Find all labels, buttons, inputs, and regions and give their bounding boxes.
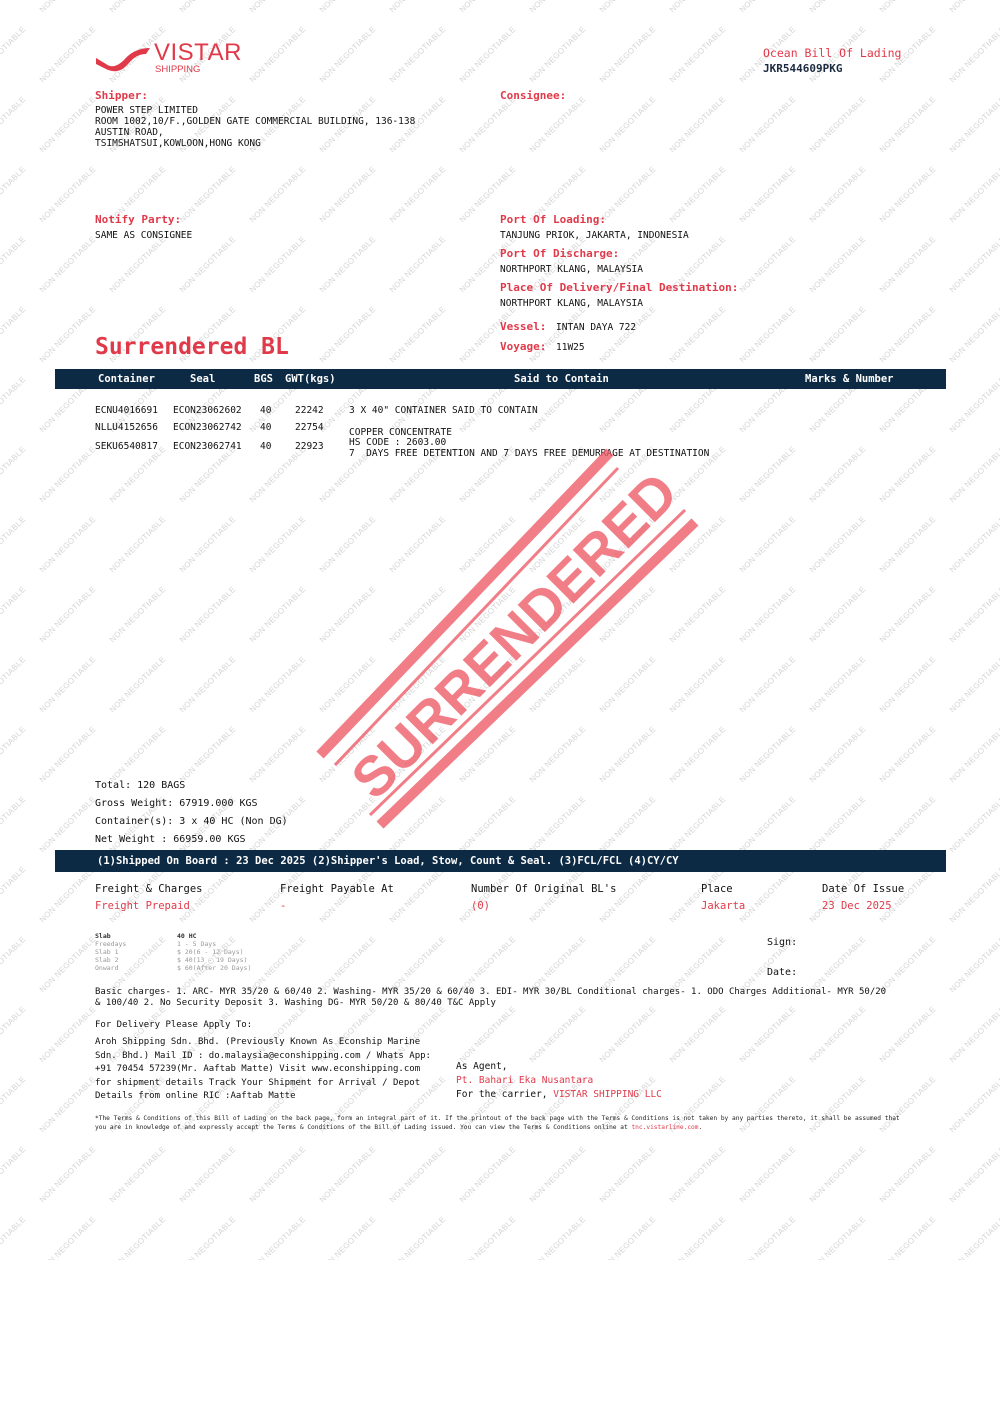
voyage-row: Voyage: 11W25 [500,335,585,354]
vessel-value: INTAN DAYA 722 [556,322,636,333]
terms-end: . [699,1124,703,1131]
description-line: HS CODE : 2603.00 [349,437,446,448]
vessel-row: Vessel: INTAN DAYA 722 [500,315,636,334]
freight-payable-label: Freight Payable At [280,883,394,895]
cell-bgs: 40 [260,441,271,452]
totals: Total: 120 BAGS Gross Weight: 67919.000 … [95,777,288,849]
originals-value: (0) [471,900,490,912]
cell-gwt: 22754 [295,422,324,433]
shipper-line: AUSTIN ROAD, [95,127,415,138]
port-discharge-value: NORTHPORT KLANG, MALAYSIA [500,264,643,275]
cell-seal: ECON23062602 [173,405,242,416]
terms-line: you are in knowledge of and expressly ac… [95,1124,631,1131]
voyage-value: 11W25 [556,342,585,353]
port-loading-value: TANJUNG PRIOK, JAKARTA, INDONESIA [500,230,689,241]
place-value: Jakarta [701,900,745,912]
shipper-address: POWER STEP LIMITED ROOM 1002,10/F.,GOLDE… [95,105,415,149]
delivery-label: Place Of Delivery/Final Destination: [500,281,738,294]
bl-number: JKR544609PKG [763,62,842,75]
carrier-prefix: For the carrier, [456,1089,553,1100]
port-discharge-label: Port Of Discharge: [500,247,619,260]
delivery-line: Details from online RIC :Aaftab Matte [95,1090,431,1104]
col-said-to-contain: Said to Contain [514,373,609,385]
shipper-label: Shipper: [95,89,148,102]
delivery-line: Sdn. Bhd.) Mail ID : do.malaysia@econshi… [95,1050,431,1064]
cargo-table-header: Container Seal BGS GWT(kgs) Said to Cont… [55,369,946,389]
slab-header: 40 HC [177,932,197,940]
slab-cell: Slab 2 [95,956,177,964]
freight-charges-label: Freight & Charges [95,883,202,895]
cell-container: NLLU4152656 [95,422,158,433]
slab-cell: Slab 1 [95,948,177,956]
col-marks: Marks & Number [805,373,894,385]
vessel-label: Vessel: [500,320,546,333]
description-line: 3 X 40" CONTAINER SAID TO CONTAIN [349,405,538,416]
terms-footnote: *The Terms & Conditions of this Bill of … [95,1114,915,1132]
col-bgs: BGS [254,373,273,385]
freight-charges-value: Freight Prepaid [95,900,190,912]
shipper-line: ROOM 1002,10/F.,GOLDEN GATE COMMERCIAL B… [95,116,415,127]
cell-seal: ECON23062742 [173,422,242,433]
basic-charges: Basic charges- 1. ARC- MYR 35/20 & 60/40… [95,987,895,1009]
stamp-text: SURRENDERED [339,460,689,810]
slab-cell: Freedays [95,940,177,948]
terms-line: *The Terms & Conditions of this Bill of … [95,1114,915,1123]
place-label: Place [701,883,733,895]
wave-logo-icon [94,44,154,74]
surrendered-stamp: SURRENDERED [300,430,730,850]
cell-seal: ECON23062741 [173,441,242,452]
issue-date-value: 23 Dec 2025 [822,900,892,912]
slab-cell: $ 20(6 - 12 Days) [177,948,244,956]
notify-label: Notify Party: [95,213,181,226]
sign-label: Sign: [767,937,797,948]
agent-name: Pt. Bahari Eka Nusantara [456,1074,662,1088]
col-container: Container [98,373,155,385]
description-line: 7 DAYS FREE DETENTION AND 7 DAYS FREE DE… [349,448,709,459]
shipped-on-board-bar: (1)Shipped On Board : 23 Dec 2025 (2)Shi… [55,850,946,872]
shipper-line: TSIMSHATSUI,KOWLOON,HONG KONG [95,138,415,149]
delivery-apply-label: For Delivery Please Apply To: [95,1020,252,1031]
voyage-label: Voyage: [500,340,546,353]
carrier-name: VISTAR SHIPPING LLC [553,1089,662,1100]
cell-bgs: 40 [260,422,271,433]
slab-cell: Onward [95,964,177,972]
as-agent-label: As Agent, [456,1060,662,1074]
container-count: Container(s): 3 x 40 HC (Non DG) [95,813,288,831]
slab-table: Slab40 HC Freedays1 - 5 Days Slab 1$ 20(… [95,932,251,972]
cell-container: SEKU6540817 [95,441,158,452]
slab-header: Slab [95,932,177,940]
slab-cell: $ 40(13 - 19 Days) [177,956,247,964]
delivery-line: Aroh Shipping Sdn. Bhd. (Previously Know… [95,1036,431,1050]
freight-payable-value: - [280,900,286,912]
delivery-value: NORTHPORT KLANG, MALAYSIA [500,298,643,309]
sign-date-label: Date: [767,967,797,978]
surrendered-title: Surrendered BL [95,334,289,360]
slab-cell: 1 - 5 Days [177,940,216,948]
doc-title: Ocean Bill Of Lading [763,46,901,60]
notify-value: SAME AS CONSIGNEE [95,230,192,241]
delivery-line: +91 70454 57239(Mr. Aaftab Matte) Visit … [95,1063,431,1077]
cell-gwt: 22242 [295,405,324,416]
cell-bgs: 40 [260,405,271,416]
shipped-on-board-text: (1)Shipped On Board : 23 Dec 2025 (2)Shi… [97,855,679,867]
originals-label: Number Of Original BL's [471,883,616,895]
net-weight: Net Weight : 66959.00 KGS [95,831,288,849]
total-bags: Total: 120 BAGS [95,777,288,795]
cell-container: ECNU4016691 [95,405,158,416]
cell-gwt: 22923 [295,441,324,452]
col-gwt: GWT(kgs) [285,373,336,385]
issue-date-label: Date Of Issue [822,883,904,895]
col-seal: Seal [190,373,215,385]
brand-name: VISTAR [154,39,242,67]
consignee-label: Consignee: [500,89,566,102]
slab-cell: $ 60(After 20 Days) [177,964,251,972]
agent-block: As Agent, Pt. Bahari Eka Nusantara For t… [456,1060,662,1102]
port-loading-label: Port Of Loading: [500,213,606,226]
vistar-logo: VISTAR SHIPPING [94,42,254,78]
gross-weight: Gross Weight: 67919.000 KGS [95,795,288,813]
delivery-line: for shipment details Track Your Shipment… [95,1077,431,1091]
shipper-line: POWER STEP LIMITED [95,105,415,116]
terms-link[interactable]: tnc.vistarline.com [631,1124,698,1131]
brand-sub: SHIPPING [155,64,200,75]
delivery-apply-details: Aroh Shipping Sdn. Bhd. (Previously Know… [95,1036,431,1104]
